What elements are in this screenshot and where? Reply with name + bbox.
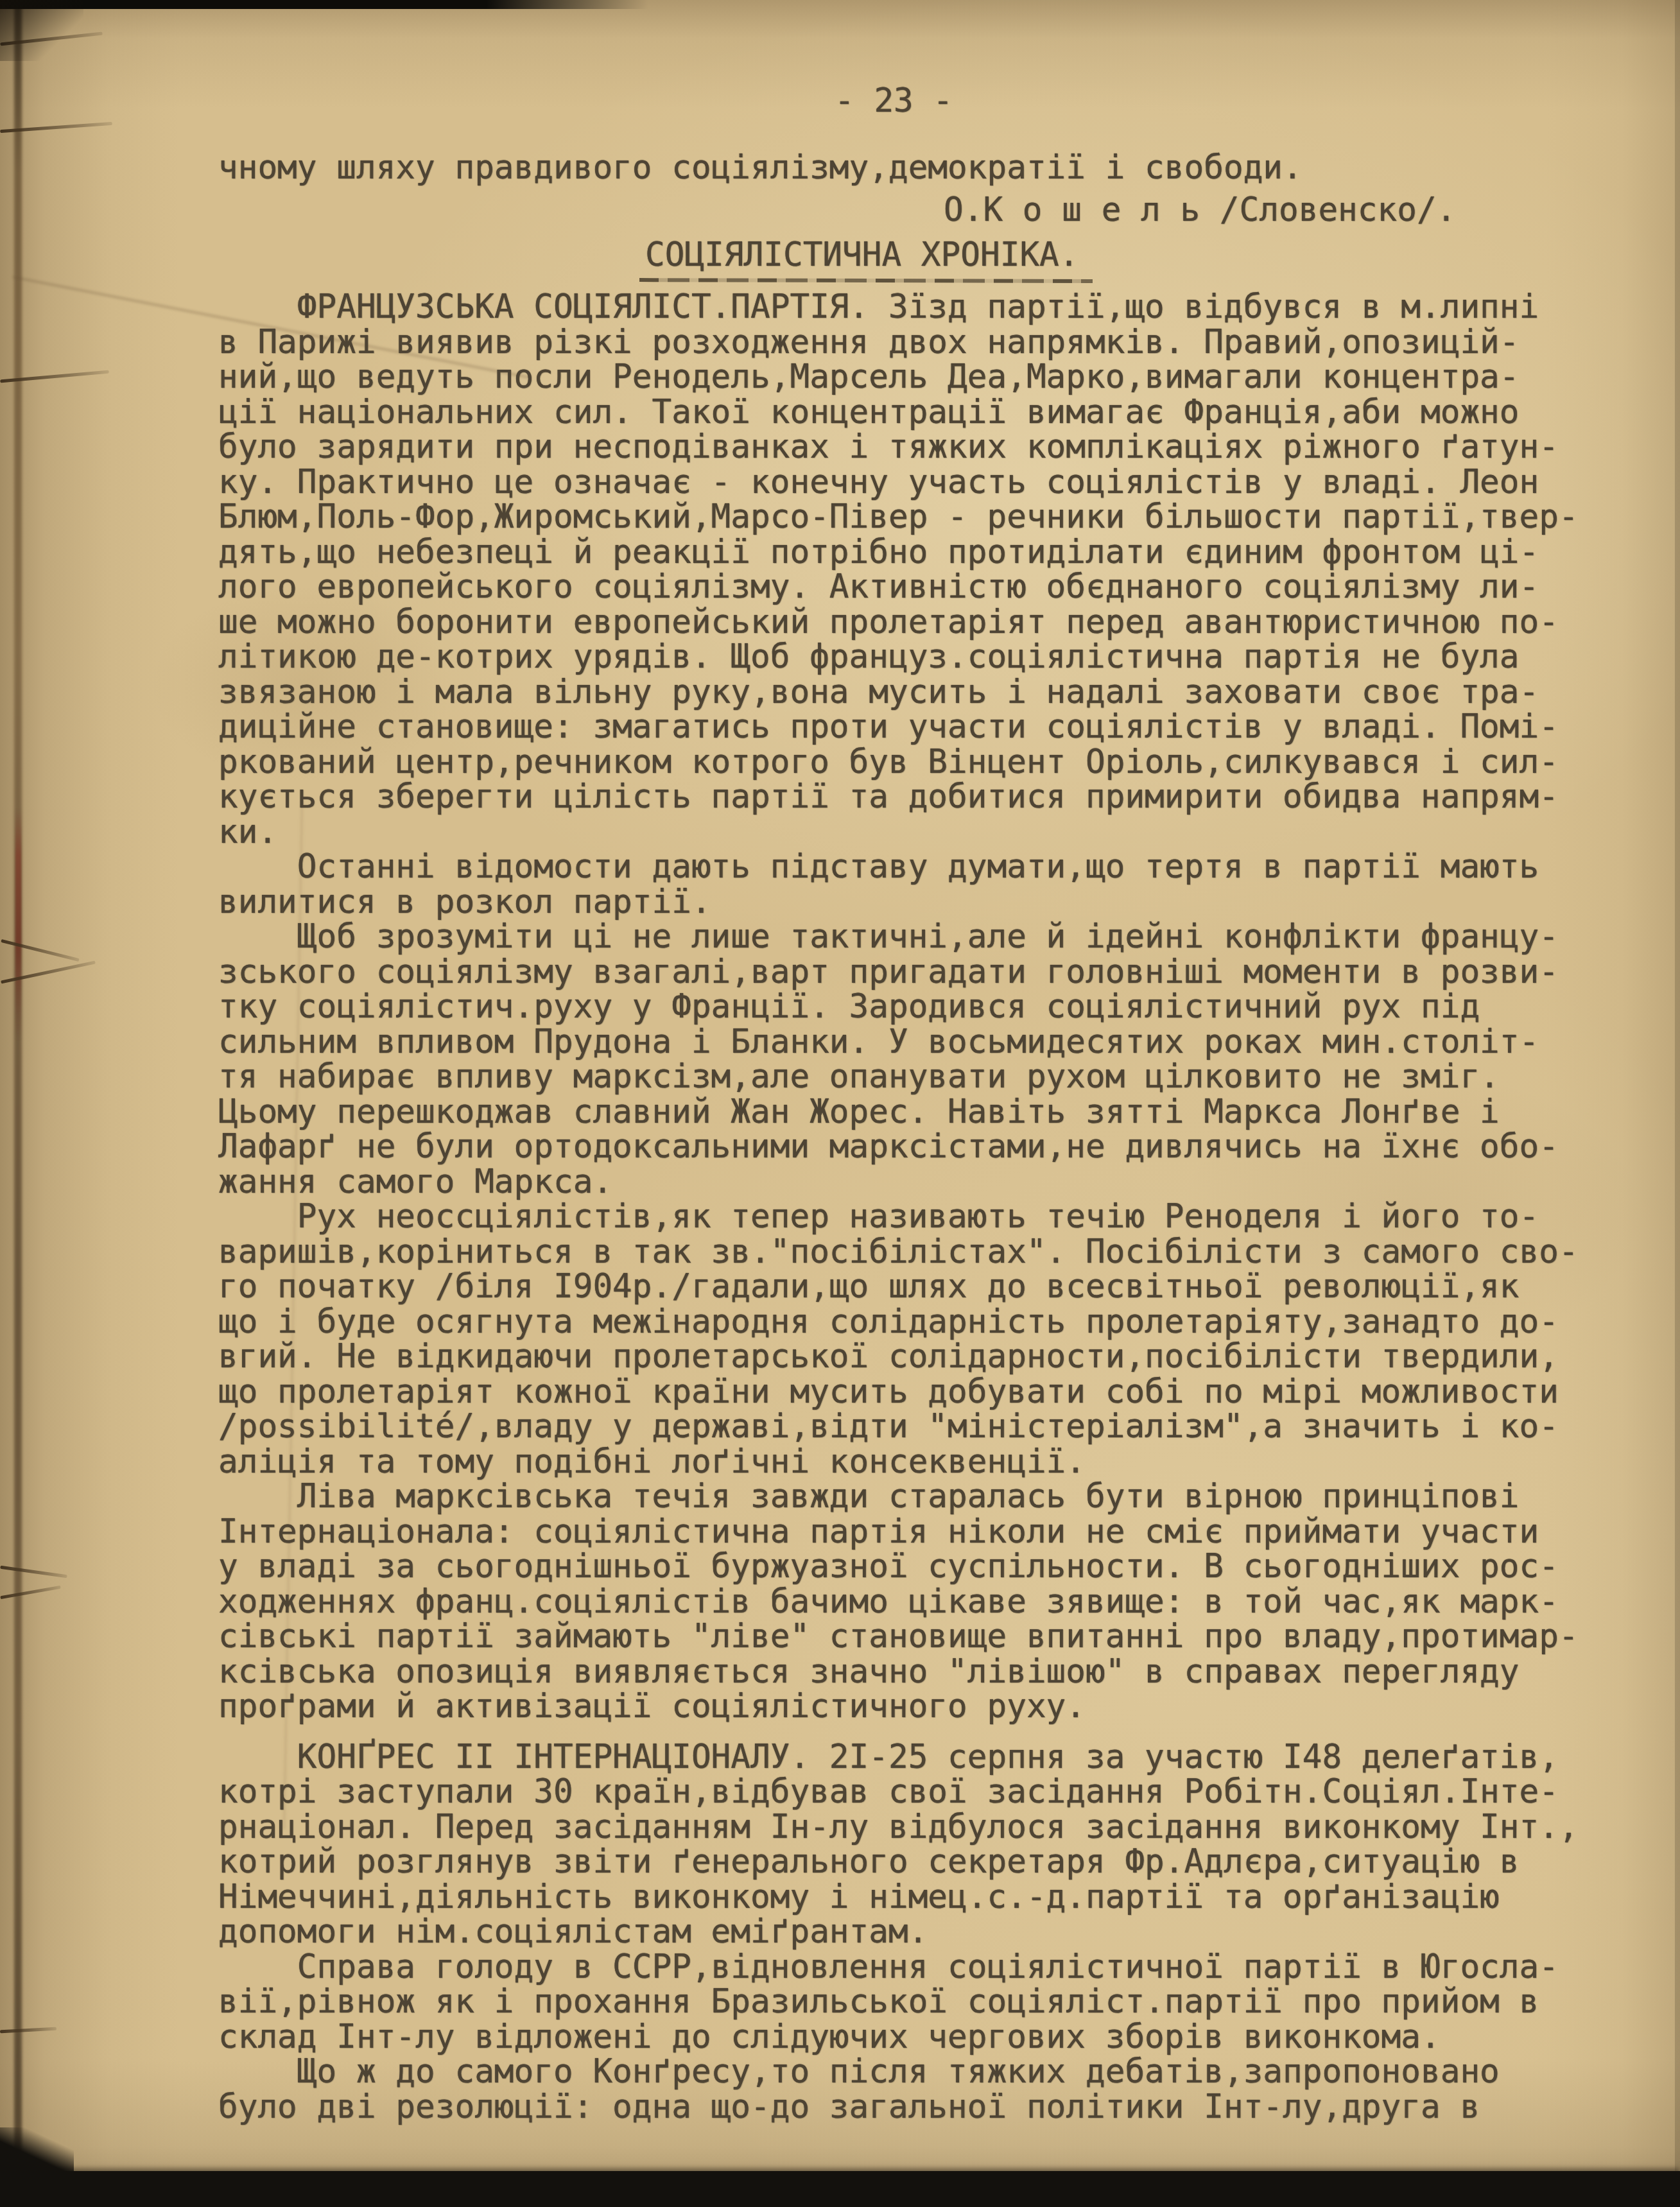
text-line: ку. Практично це означає - конечну участ…: [218, 465, 1579, 501]
text-line: проґрами й активізації соціялістичного р…: [218, 1690, 1579, 1725]
text-line: в Парижі виявив різкі розходження двох н…: [218, 325, 1579, 361]
scan-bottom-edge: [0, 2171, 1680, 2207]
text-line: котрий розглянув звіти ґенерального секр…: [218, 1845, 1579, 1880]
text-line: /possibilité/,владу у державі,відти "мін…: [218, 1410, 1579, 1445]
text-line: го початку /біля І904р./гадали,що шлях д…: [218, 1270, 1579, 1305]
text-line: котрі заступали 30 країн,відбував свої з…: [218, 1775, 1579, 1810]
stitch-mark: [0, 2027, 56, 2034]
text-line: ркований центр,речником котрого був Вінц…: [218, 745, 1579, 781]
text-line: аліція та тому подібні лоґічні консеквен…: [218, 1445, 1579, 1480]
text-line: вії,рівнож як і прохання Бразильської со…: [218, 1985, 1579, 2020]
text-line: вгий. Не відкидаючи пролетарської соліда…: [218, 1340, 1579, 1375]
text-line: ше можно боронити европейський пролетарі…: [218, 605, 1579, 641]
text-line: КОНҐРЕС ІІ ІНТЕРНАЦІОНАЛУ. 2І-25 серпня …: [218, 1740, 1579, 1776]
text-line: ки.: [218, 815, 1579, 851]
text-line: літикою де-котрих урядів. Щоб француз.со…: [218, 640, 1579, 675]
text-line: рнаціонал. Перед засіданням Ін-лу відбул…: [218, 1810, 1579, 1846]
text-line: ходженнях франц.соціялістів бачимо цікав…: [218, 1585, 1579, 1620]
text-line: жання самого Маркса.: [218, 1165, 1579, 1200]
text-line: допомоги нім.соціялістам еміґрантам.: [218, 1915, 1579, 1950]
text-line: Ліва марксівська течія завжди старалась …: [218, 1480, 1579, 1515]
text-line: сильним впливом Прудона і Бланки. У вось…: [218, 1025, 1579, 1060]
scan-top-edge: [0, 0, 648, 9]
document-page: - 23 - чному шляху правдивого соціялізму…: [0, 0, 1680, 2207]
text-line: ції національних сил. Такої концентрації…: [218, 395, 1579, 431]
scan-corner-shadow: [0, 0, 83, 61]
text-line: Інтернаціонала: соціялістична партія нік…: [218, 1515, 1579, 1550]
heading-underline: [639, 278, 1093, 283]
text-line: тку соціялістич.руху у Франції. Зародивс…: [218, 990, 1579, 1025]
text-line: було дві резолюції: одна що-до загальної…: [218, 2090, 1579, 2125]
text-line: Цьому перешкоджав славний Жан Жорес. Нав…: [218, 1095, 1579, 1130]
text-line: дять,що небезпеці й реакції потрібно про…: [218, 535, 1579, 571]
text-line: зського соціялізму взагалі,варт пригадат…: [218, 955, 1579, 991]
text-line: вилитися в розкол партії.: [218, 885, 1579, 921]
scan-right-edge: [1675, 0, 1680, 2207]
text-line: склад Інт-лу відложені до слідуючих черг…: [218, 2020, 1579, 2056]
text-line: варишів,коріниться в так зв."посібіліста…: [218, 1235, 1579, 1270]
text-line: Німеччині,діяльність виконкому і німец.с…: [218, 1880, 1579, 1916]
section-heading: СОЦІЯЛІСТИЧНА ХРОНІКА.: [645, 236, 1079, 274]
text-line: Щоб зрозуміти ці не лише тактичні,але й …: [218, 920, 1579, 955]
page-number: - 23 -: [835, 82, 953, 120]
text-line: у владі за сьогоднішньої буржуазної сусп…: [218, 1550, 1579, 1585]
text-line: Рух неоссціялістів,як тепер називають те…: [218, 1200, 1579, 1235]
text-line: Лафарґ не були ортодоксальними марксіста…: [218, 1130, 1579, 1165]
text-line: тя набирає впливу марксізм,але опанувати…: [218, 1060, 1579, 1095]
binding-crease: [14, 0, 22, 2162]
author-signature: О.К о ш е л ь /Словенско/.: [944, 191, 1456, 229]
text-line: було зарядити при несподіванках і тяжких…: [218, 430, 1579, 465]
text-line: звязаною і мала вільну руку,вона мусить …: [218, 675, 1579, 711]
stitch-mark: [1, 939, 79, 962]
text-line: ний,що ведуть посли Ренодель,Марсель Деа…: [218, 360, 1579, 395]
intro-continuation-line: чному шляху правдивого соціялізму,демокр…: [218, 149, 1303, 187]
text-line: що пролетаріят кожної країни мусить добу…: [218, 1375, 1579, 1410]
text-line: що і буде осягнута межінародня солідарні…: [218, 1305, 1579, 1340]
text-line: Справа голоду в ССРР,відновлення соціялі…: [218, 1950, 1579, 1986]
text-line: лого европейського соціялізму. Активніст…: [218, 570, 1579, 605]
stitch-mark: [0, 1586, 60, 1599]
text-line: Останні відомости дають підставу думати,…: [218, 850, 1579, 885]
text-line: ксівська опозиція виявляється значно "лі…: [218, 1655, 1579, 1690]
stitch-mark: [0, 1566, 67, 1579]
text-line: Блюм,Поль-Фор,Жиромський,Марсо-Півер - р…: [218, 500, 1579, 535]
body-text: ФРАНЦУЗСЬКА СОЦІЯЛІСТ.ПАРТІЯ. Зїзд парті…: [218, 290, 1579, 2125]
text-line: кується зберегти цілість партії та добит…: [218, 780, 1579, 815]
binding-crease-stain: [15, 809, 21, 1040]
text-line: диційне становище: змагатись проти участ…: [218, 710, 1579, 745]
text-line: Що ж до самого Конґресу,то після тяжких …: [218, 2055, 1579, 2090]
text-line: ФРАНЦУЗСЬКА СОЦІЯЛІСТ.ПАРТІЯ. Зїзд парті…: [218, 290, 1579, 325]
text-line: сівські партії займають "ліве" становище…: [218, 1620, 1579, 1655]
